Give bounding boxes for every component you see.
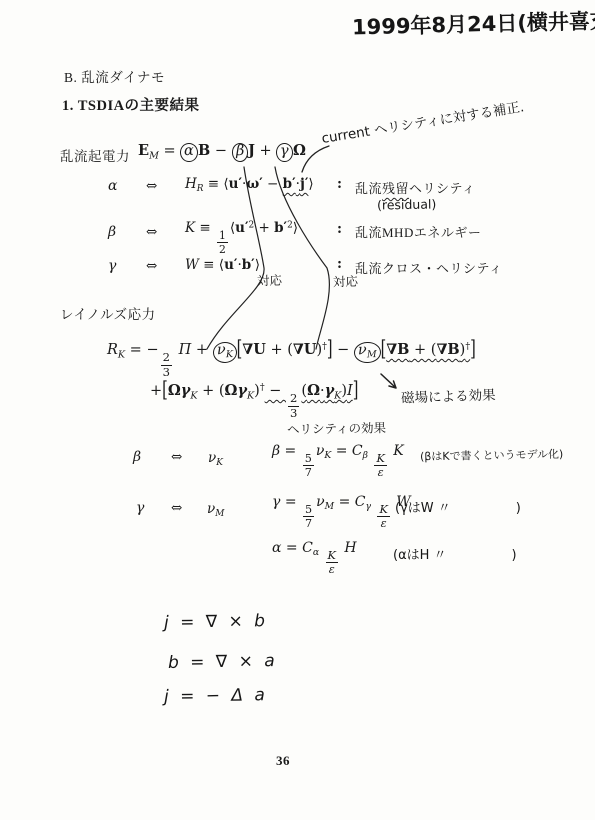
scanned-notes-page: 1999年8月24日(横井喜充) B. 乱流ダイナモ 1. TSDIAの主要結果…	[0, 0, 595, 820]
mhd-energy-description: 乱流MHDエネルギー	[355, 222, 481, 241]
hand-equation-potential: j = − Δ a	[164, 685, 268, 707]
gamma-connector-line	[275, 167, 329, 349]
nu-k-symbol: νK	[208, 450, 223, 468]
correspondence-label: 対応	[333, 272, 359, 291]
section-heading: B. 乱流ダイナモ	[64, 66, 165, 86]
cross-helicity-formula: W ≡ ⟨u′·b′⟩	[185, 257, 260, 273]
magnetic-effect-note: 磁場による効果	[401, 383, 496, 406]
residual-helicity-description: 乱流残留ヘリシティ	[355, 178, 476, 197]
cross-helicity-description: 乱流クロス・ヘリシティ	[355, 258, 502, 277]
definition-symbol-gamma: γ	[108, 258, 116, 274]
hand-equation-current: j = ∇ × b	[164, 611, 268, 633]
definition-symbol-alpha: α	[108, 178, 117, 194]
page-number: 36	[276, 753, 290, 769]
residual-note: (residual)	[377, 196, 437, 212]
beta-model-formula: β = 57νK = Cβ Kε K	[272, 443, 404, 479]
beta-model-note: (βはKで書くというモデル化)	[420, 446, 564, 464]
model-symbol-gamma: γ	[136, 500, 144, 516]
reynolds-stress-label: レイノルズ応力	[60, 303, 156, 323]
residual-helicity-formula: HR ≡ ⟨u′·ω′ − b′·j′⟩	[185, 176, 314, 194]
colon-separator: :	[337, 176, 342, 192]
correspondence-label: 対応	[257, 271, 283, 290]
colon-separator: :	[337, 221, 342, 237]
emf-equation: EM = αB − βJ + γΩ	[138, 142, 306, 162]
emf-label: 乱流起電力	[60, 145, 130, 165]
reynolds-equation-line1: RK = −23 Π + νK[∇U + (∇U)†] − νM[∇B + (∇…	[107, 341, 476, 379]
definition-symbol-beta: β	[108, 224, 116, 240]
mhd-energy-formula: K ≡ 12⟨u′2 + b′2⟩	[185, 220, 298, 255]
equivalence-arrow: ⇔	[171, 449, 182, 465]
reynolds-equation-line2: +[ΩγK + (ΩγK)† − 23(Ω·γK)I]	[150, 382, 358, 420]
model-symbol-beta: β	[133, 449, 141, 465]
current-helicity-note: current ヘリシティに対する補正.	[320, 95, 525, 147]
equivalence-arrow: ⇔	[146, 224, 157, 240]
colon-separator: :	[337, 256, 342, 272]
equivalence-arrow: ⇔	[171, 500, 182, 516]
gamma-model-formula: γ = 57νM = Cγ Kε W	[272, 494, 411, 530]
gamma-model-note: (γはW 〃 )	[395, 497, 521, 516]
alpha-model-note: (αはH 〃 )	[393, 544, 517, 563]
helicity-effect-note: ヘリシティの効果	[287, 418, 386, 438]
date-annotation: 1999年8月24日(横井喜充)	[352, 4, 595, 41]
alpha-model-formula: α = Cα Kε H	[272, 540, 357, 576]
subsection-heading: 1. TSDIAの主要結果	[62, 94, 200, 115]
hand-equation-field: b = ∇ × a	[168, 651, 278, 673]
current-note-pointer	[302, 146, 329, 172]
equivalence-arrow: ⇔	[146, 258, 157, 274]
nu-m-symbol: νM	[207, 501, 224, 519]
equivalence-arrow: ⇔	[146, 178, 157, 194]
